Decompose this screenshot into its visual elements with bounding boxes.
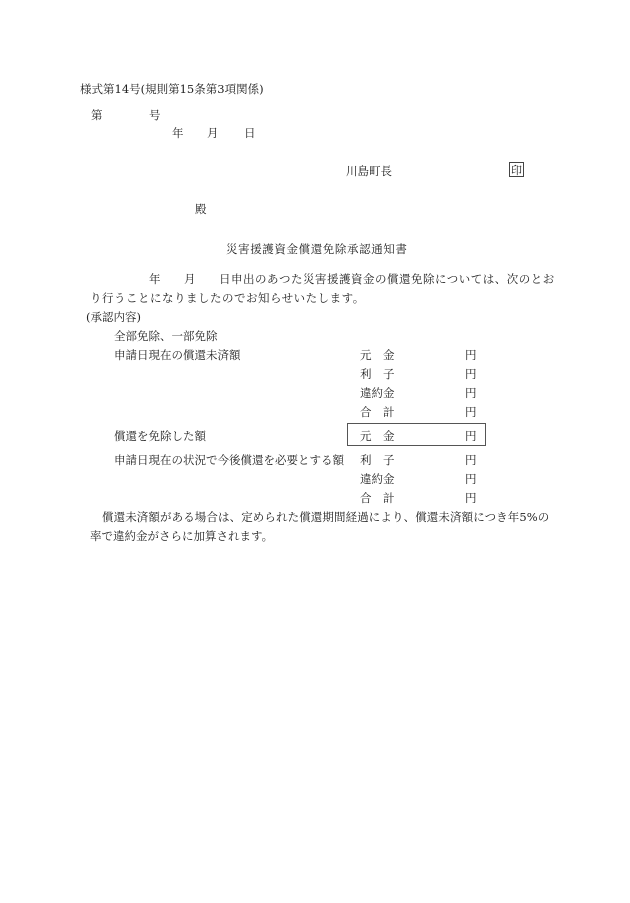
exemption-type: 全部免除、一部免除 [114,329,218,343]
yen-unit: 円 [465,472,477,486]
document-page: 様式第14号(規則第15条第3項関係) 第 号 年 月 日 川島町長 印 殿 災… [0,0,630,903]
date-year: 年 [172,126,184,140]
yen-unit: 円 [465,348,477,362]
date-day: 日 [244,126,256,140]
item-penalty: 違約金 [360,472,395,486]
item-principal: 元 金 [360,348,395,362]
item-total: 合 計 [360,405,395,419]
addressee-honorific: 殿 [195,202,207,216]
row-label-remaining-amount: 申請日現在の状況で今後償還を必要とする額 [114,453,344,467]
yen-unit: 円 [465,429,477,443]
form-id: 様式第14号(規則第15条第3項関係) [80,82,264,96]
item-penalty: 違約金 [360,386,395,400]
yen-unit: 円 [465,405,477,419]
row-label-exempted-amount: 償還を免除した額 [114,429,206,443]
note-line2: 率で違約金がさらに加算されます。 [90,529,273,543]
body-year: 年 [149,272,161,286]
body-line2: り行うことになりましたのでお知らせいたします。 [90,291,365,305]
note-line1: 償還未済額がある場合は、定められた償還期間経過により、償還未済額につき年5%の [102,510,549,524]
yen-unit: 円 [465,367,477,381]
body-line1: 日申出のあつた災害援護資金の償還免除については、次のとお [219,272,555,286]
yen-unit: 円 [465,386,477,400]
item-principal: 元 金 [360,429,395,443]
row-label-unpaid-balance: 申請日現在の償還未済額 [114,348,241,362]
date-month: 月 [207,126,219,140]
yen-unit: 円 [465,491,477,505]
issuer-title: 川島町長 [346,164,392,178]
approval-heading: (承認内容) [86,310,141,324]
seal-mark: 印 [509,162,524,177]
number-prefix: 第 [91,108,103,122]
document-title: 災害援護資金償還免除承認通知書 [226,242,408,256]
item-interest: 利 子 [360,453,395,467]
item-interest: 利 子 [360,367,395,381]
body-month: 月 [184,272,196,286]
item-total: 合 計 [360,491,395,505]
number-suffix: 号 [149,108,161,122]
yen-unit: 円 [465,453,477,467]
